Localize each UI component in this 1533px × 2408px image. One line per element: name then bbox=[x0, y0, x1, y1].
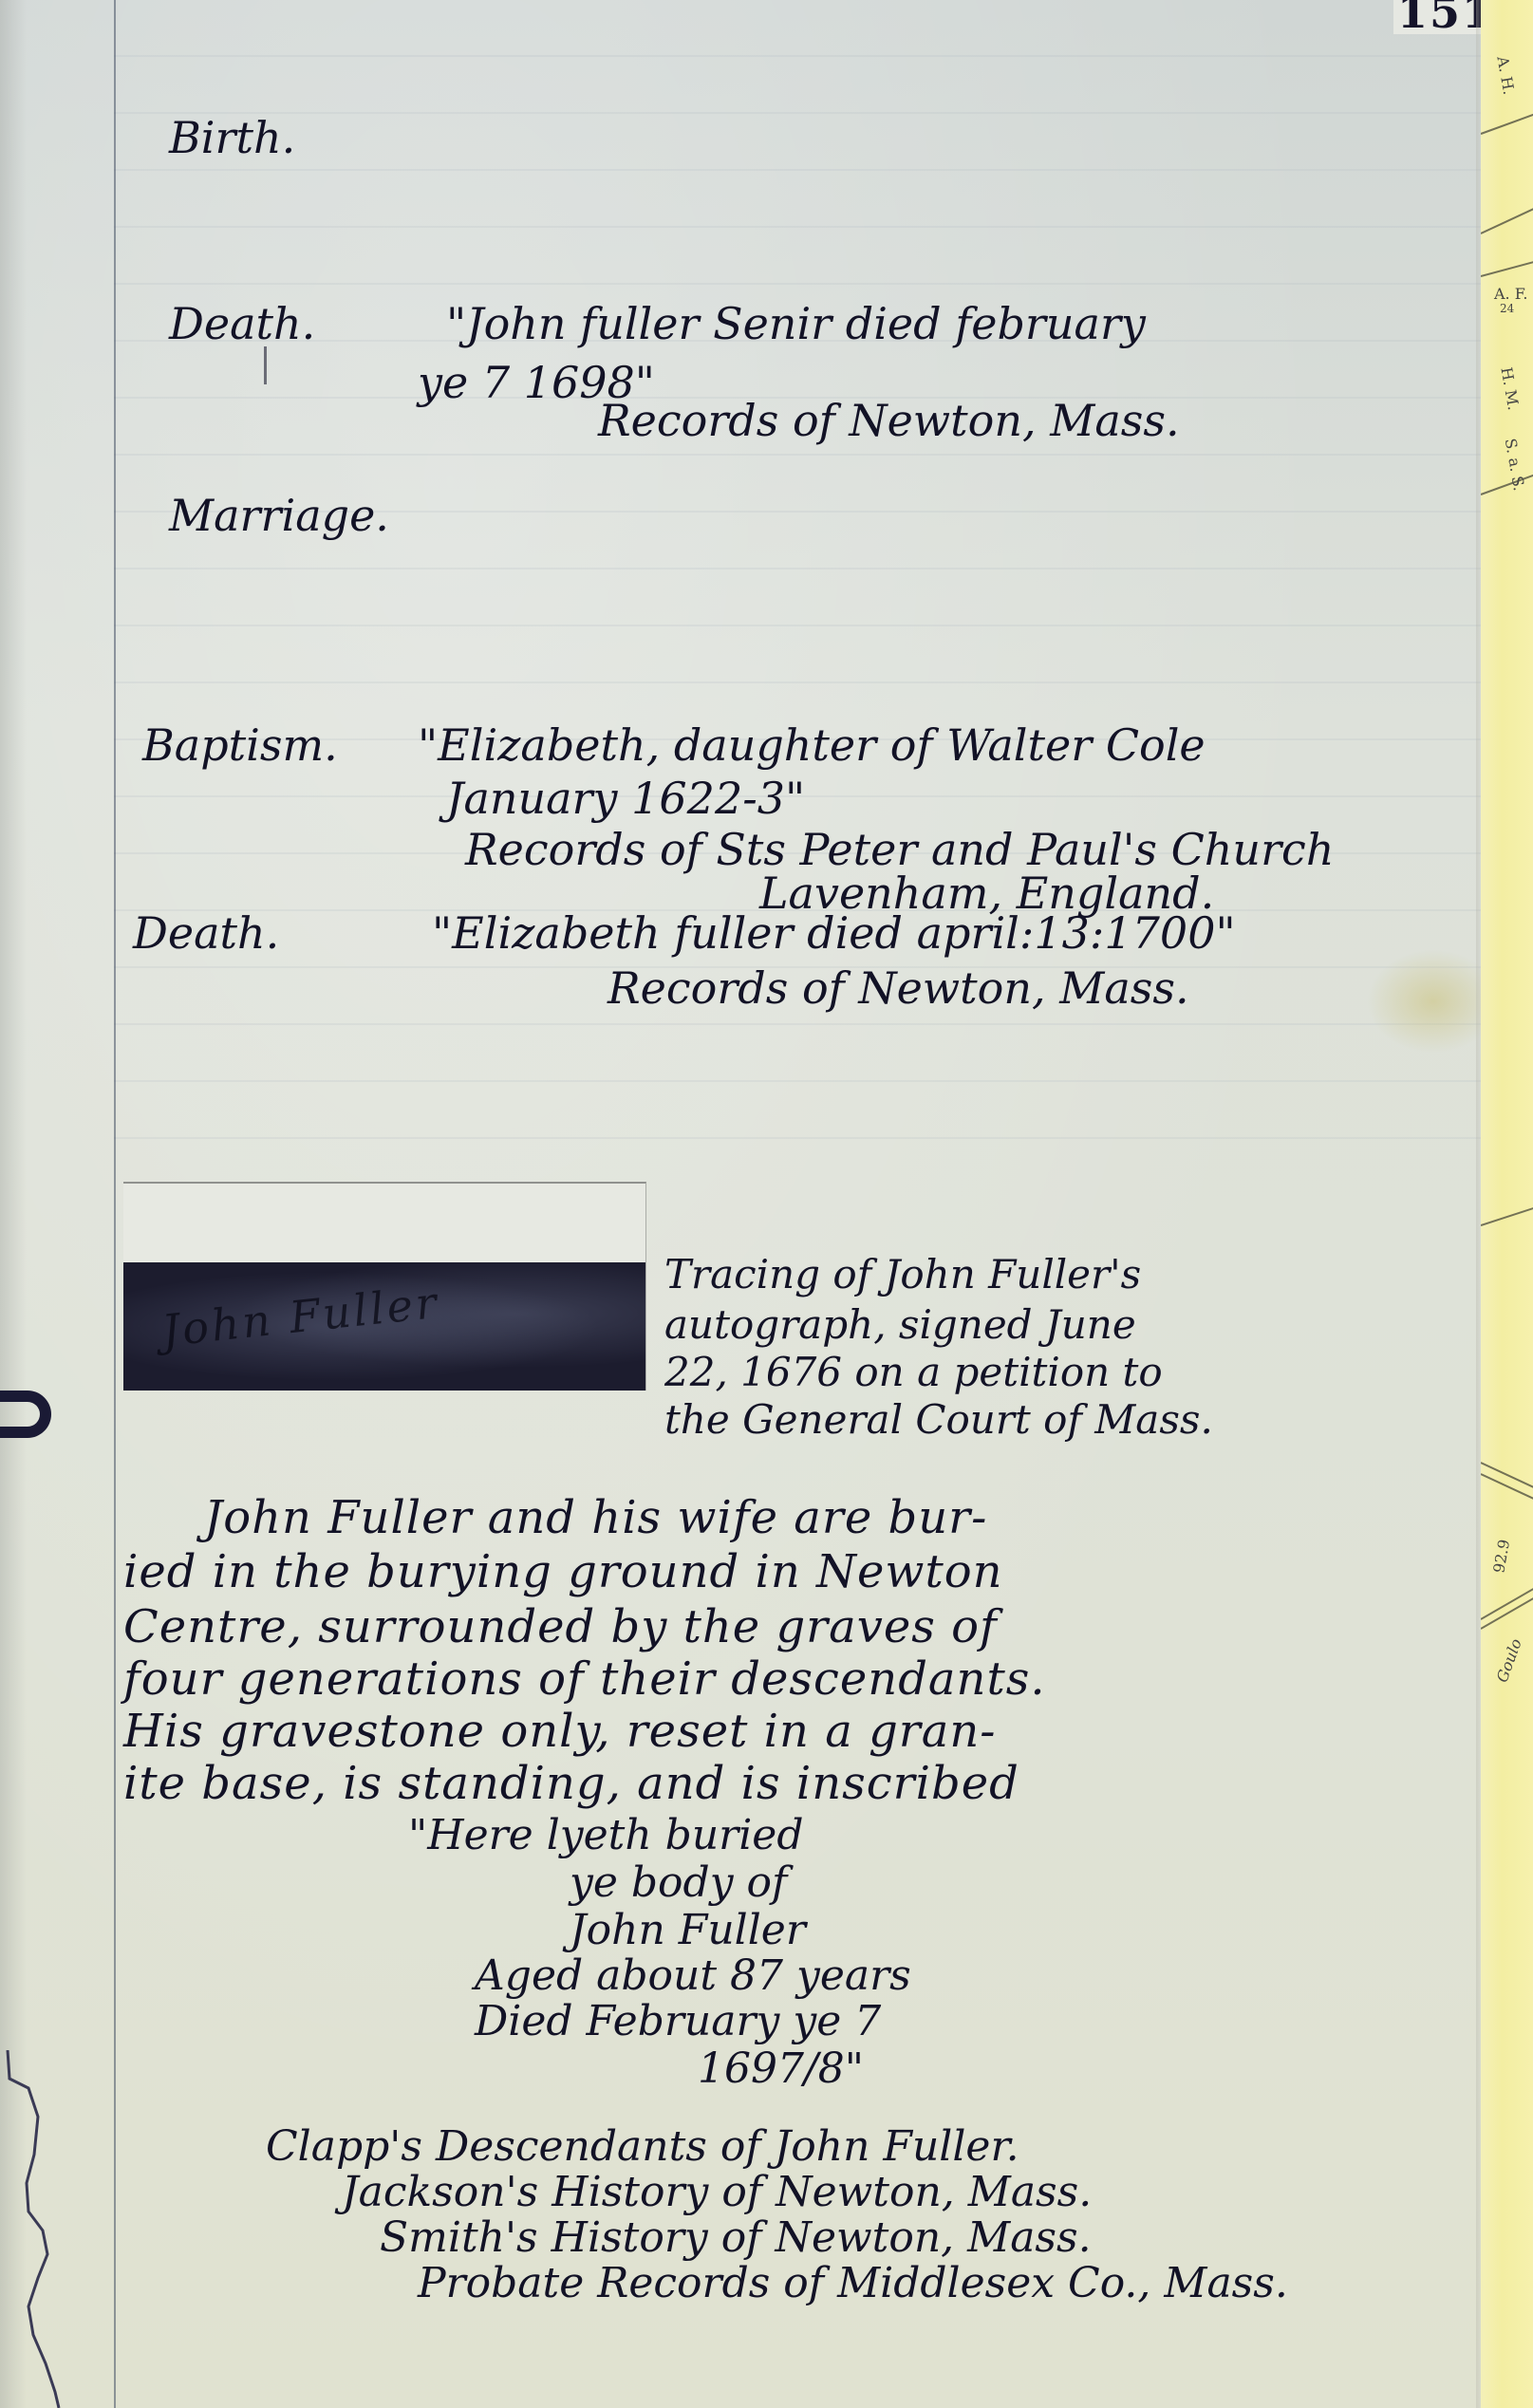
burial-paragraph-line4: four generations of their descendants. bbox=[123, 1656, 1046, 1702]
binding-clip-icon bbox=[0, 1391, 51, 1438]
torn-page-edge bbox=[0, 2050, 66, 2408]
burial-paragraph-line2: ied in the burying ground in Newton bbox=[123, 1549, 1003, 1595]
burial-paragraph-line1: John Fuller and his wife are bur- bbox=[204, 1495, 987, 1540]
burial-paragraph-line5: His gravestone only, reset in a gran- bbox=[123, 1708, 997, 1754]
autograph-tracing-box: John Fuller bbox=[123, 1182, 646, 1391]
baptism-label: Baptism. bbox=[142, 723, 338, 767]
inscription-line5: Died February ye 7 bbox=[475, 2001, 881, 2043]
map-line bbox=[1481, 110, 1533, 135]
map-label: 24 bbox=[1500, 302, 1514, 315]
baptism-quote-line2: January 1622-3" bbox=[446, 776, 805, 820]
source-line1: Clapp's Descendants of John Fuller. bbox=[266, 2126, 1019, 2168]
map-line bbox=[1481, 1595, 1533, 1630]
map-label: H. M. bbox=[1497, 365, 1523, 411]
page-shadow bbox=[0, 0, 27, 2408]
autograph-caption-line3: 22, 1676 on a petition to bbox=[664, 1353, 1163, 1392]
map-line bbox=[1481, 1204, 1533, 1226]
burial-paragraph-line3: Centre, surrounded by the graves of bbox=[123, 1604, 998, 1650]
source-line4: Probate Records of Middlesex Co., Mass. bbox=[418, 2263, 1288, 2305]
autograph-caption-line1: Tracing of John Fuller's bbox=[664, 1255, 1141, 1295]
map-label: Goulo bbox=[1493, 1636, 1525, 1685]
margin-line bbox=[114, 0, 116, 2408]
inscription-line6: 1697/8" bbox=[698, 2048, 864, 2090]
death-label-elizabeth: Death. bbox=[133, 911, 279, 955]
map-label: A. F. bbox=[1494, 285, 1527, 303]
map-line bbox=[1481, 1473, 1533, 1503]
death-john-quote-line1: "John fuller Senir died february bbox=[446, 302, 1146, 345]
birth-label: Birth. bbox=[169, 116, 295, 159]
source-line2: Jackson's History of Newton, Mass. bbox=[342, 2172, 1092, 2213]
inscription-line2: ye body of bbox=[570, 1862, 787, 1904]
autograph-tracing-image: John Fuller bbox=[123, 1262, 645, 1391]
source-line3: Smith's History of Newton, Mass. bbox=[380, 2217, 1092, 2259]
autograph-caption-line4: the General Court of Mass. bbox=[664, 1400, 1213, 1440]
inscription-line3: John Fuller bbox=[570, 1910, 806, 1951]
map-line bbox=[1481, 205, 1533, 234]
burial-paragraph-line6: ite base, is standing, and is inscribed bbox=[123, 1761, 1019, 1806]
baptism-source-line1: Records of Sts Peter and Paul's Church bbox=[465, 828, 1334, 871]
map-label: A. H. bbox=[1493, 55, 1518, 96]
marriage-label: Marriage. bbox=[169, 494, 389, 537]
death-john-source: Records of Newton, Mass. bbox=[598, 399, 1180, 442]
tick-mark bbox=[264, 346, 267, 384]
autograph-signature: John Fuller bbox=[159, 1277, 441, 1356]
death-elizabeth-source: Records of Newton, Mass. bbox=[608, 966, 1189, 1010]
autograph-caption-line2: autograph, signed June bbox=[664, 1305, 1136, 1345]
map-label: 92.9 bbox=[1489, 1538, 1513, 1574]
map-line bbox=[1481, 258, 1533, 277]
underlying-map-strip: A. H. A. F. 24 H. M. S. a. S. 92.9 Goulo bbox=[1481, 0, 1533, 2408]
baptism-quote-line1: "Elizabeth, daughter of Walter Cole bbox=[418, 723, 1206, 767]
death-label-john: Death. bbox=[169, 302, 315, 345]
inscription-line4: Aged about 87 years bbox=[475, 1955, 911, 1997]
inscription-line1: "Here lyeth buried bbox=[408, 1815, 804, 1857]
death-elizabeth-quote: "Elizabeth fuller died april:13:1700" bbox=[432, 911, 1236, 955]
notebook-page: Birth. Death. "John fuller Senir died fe… bbox=[0, 0, 1500, 2408]
